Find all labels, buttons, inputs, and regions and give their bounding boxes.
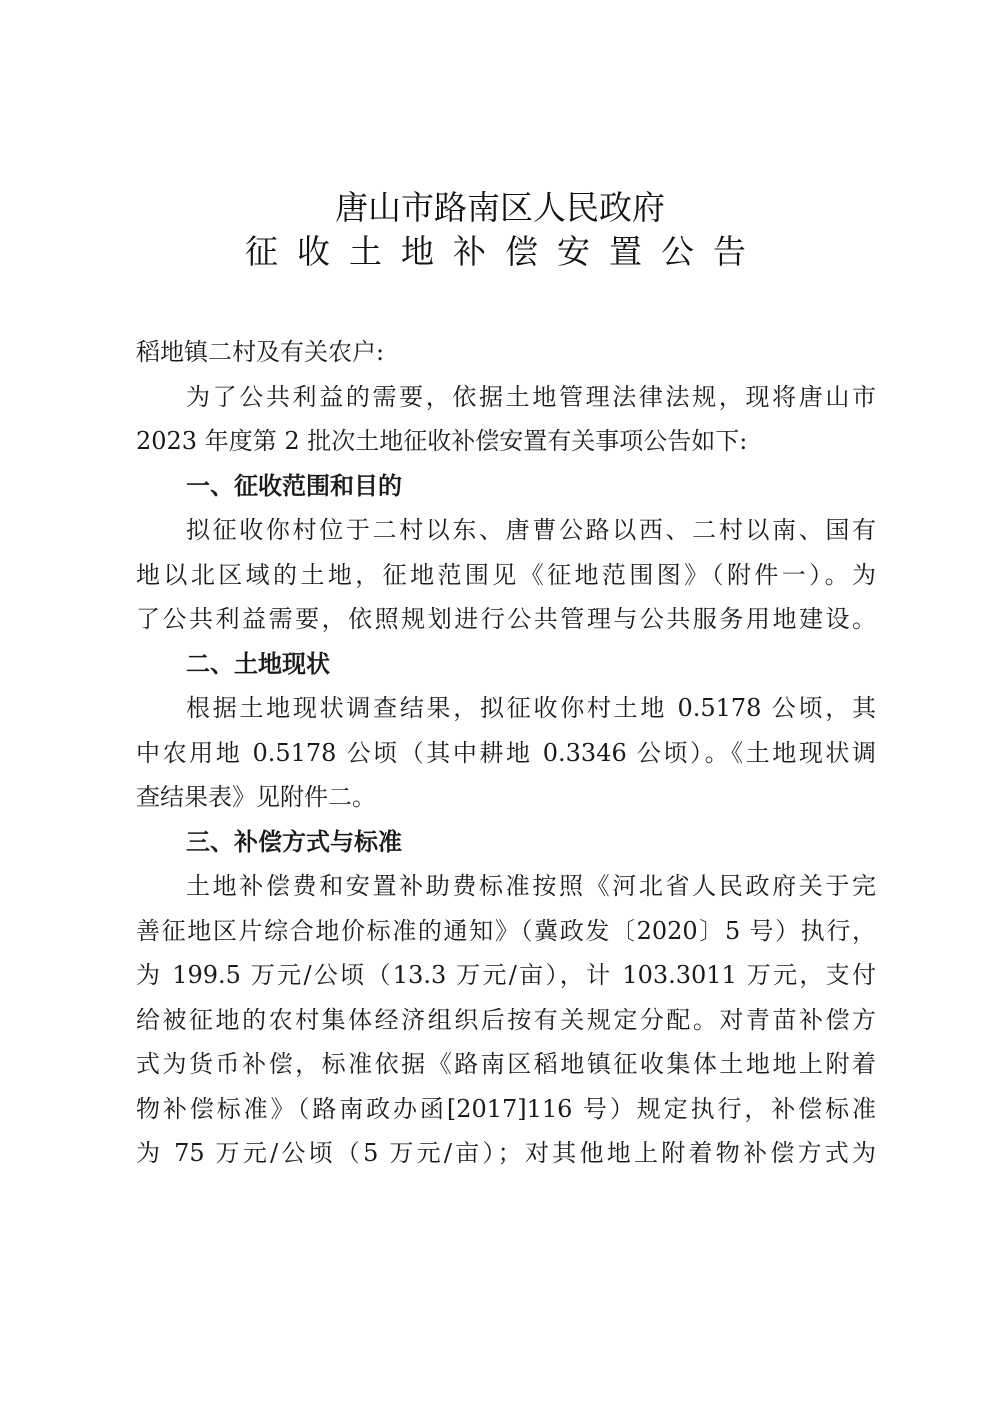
document-title-subject: 征收土地补偿安置公告 bbox=[0, 230, 1000, 274]
paragraph-line: 根据土地现状调查结果，拟征收你村土地 0.5178 公顷，其 bbox=[136, 686, 876, 731]
paragraph-line: 为 75 万元/公顷（5 万元/亩）；对其他地上附着物补偿方式为 bbox=[136, 1131, 876, 1176]
paragraph-line: 给被征地的农村集体经济组织后按有关规定分配。对青苗补偿方 bbox=[136, 998, 876, 1043]
section-heading-compensation: 三、补偿方式与标准 bbox=[136, 820, 876, 865]
document-title-issuer: 唐山市路南区人民政府 bbox=[0, 186, 1000, 230]
paragraph-line: 土地补偿费和安置补助费标准按照《河北省人民政府关于完 bbox=[136, 864, 876, 909]
paragraph-line: 了公共利益需要，依照规划进行公共管理与公共服务用地建设。 bbox=[136, 597, 876, 642]
paragraph-line: 善征地区片综合地价标准的通知》（冀政发〔2020〕5 号）执行， bbox=[136, 909, 876, 954]
document-body: 稻地镇二村及有关农户: 为了公共利益的需要，依据土地管理法律法规，现将唐山市 2… bbox=[136, 330, 876, 1176]
section-heading-scope: 一、征收范围和目的 bbox=[136, 464, 876, 509]
paragraph-line: 物补偿标准》（路南政办函[2017]116 号）规定执行，补偿标准 bbox=[136, 1087, 876, 1132]
section-heading-land-status: 二、土地现状 bbox=[136, 642, 876, 687]
paragraph-line: 式为货币补偿，标准依据《路南区稻地镇征收集体土地地上附着 bbox=[136, 1042, 876, 1087]
paragraph-line: 拟征收你村位于二村以东、唐曹公路以西、二村以南、国有 bbox=[136, 508, 876, 553]
document-page: 唐山市路南区人民政府 征收土地补偿安置公告 稻地镇二村及有关农户: 为了公共利益… bbox=[0, 0, 1000, 1414]
paragraph-line: 地以北区域的土地，征地范围见《征地范围图》（附件一）。为 bbox=[136, 553, 876, 598]
intro-line: 为了公共利益的需要，依据土地管理法律法规，现将唐山市 bbox=[136, 375, 876, 420]
paragraph-line: 为 199.5 万元/公顷（13.3 万元/亩），计 103.3011 万元，支… bbox=[136, 953, 876, 998]
paragraph-line: 查结果表》见附件二。 bbox=[136, 775, 876, 820]
salutation: 稻地镇二村及有关农户: bbox=[136, 330, 876, 375]
intro-line: 2023 年度第 2 批次土地征收补偿安置有关事项公告如下: bbox=[136, 419, 876, 464]
paragraph-line: 中农用地 0.5178 公顷（其中耕地 0.3346 公顷）。《土地现状调 bbox=[136, 731, 876, 776]
